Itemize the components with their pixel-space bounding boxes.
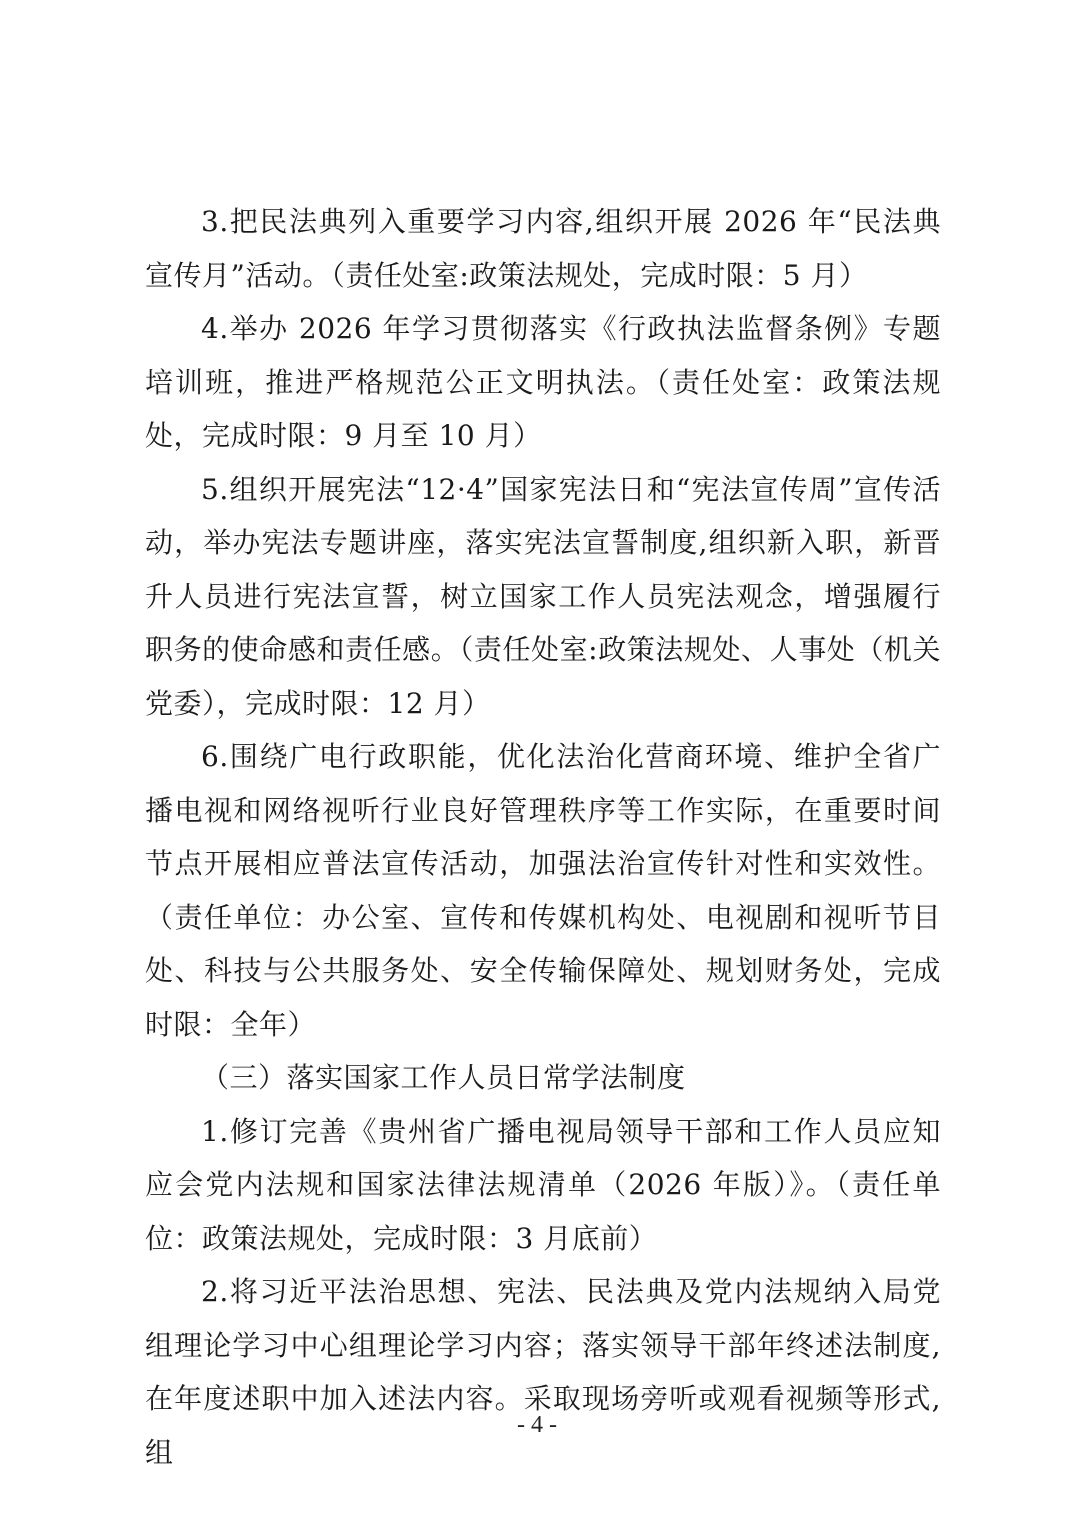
paragraph-item-5: 5.组织开展宪法“12·4”国家宪法日和“宪法宣传周”宣传活动，举办宪法专题讲座… — [145, 463, 941, 731]
section-paragraph-item-2: 2.将习近平法治思想、宪法、民法典及党内法规纳入局党组理论学习中心组理论学习内容… — [145, 1265, 941, 1479]
section-paragraph-item-1: 1.修订完善《贵州省广播电视局领导干部和工作人员应知应会党内法规和国家法律法规清… — [145, 1105, 941, 1266]
paragraph-item-3: 3.把民法典列入重要学习内容,组织开展 2026 年“民法典宣传月”活动。（责任… — [145, 195, 941, 302]
document-page: 3.把民法典列入重要学习内容,组织开展 2026 年“民法典宣传月”活动。（责任… — [0, 0, 1074, 1520]
section-heading: （三）落实国家工作人员日常学法制度 — [145, 1051, 941, 1105]
paragraph-item-4: 4.举办 2026 年学习贯彻落实《行政执法监督条例》专题培训班，推进严格规范公… — [145, 302, 941, 463]
document-body: 3.把民法典列入重要学习内容,组织开展 2026 年“民法典宣传月”活动。（责任… — [145, 195, 941, 1479]
paragraph-item-6: 6.围绕广电行政职能，优化法治化营商环境、维护全省广播电视和网络视听行业良好管理… — [145, 730, 941, 1051]
page-number: - 4 - — [0, 1412, 1074, 1439]
